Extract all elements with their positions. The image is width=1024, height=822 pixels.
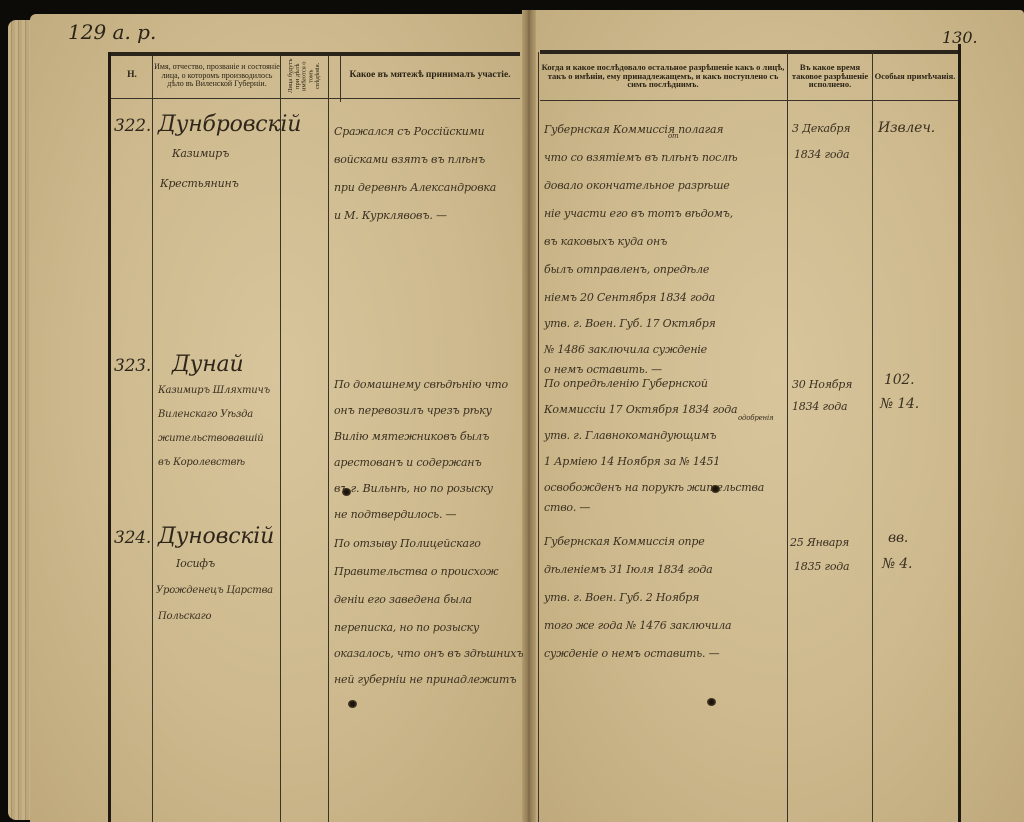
header-name: Имя, отчество, прозваніе и состояніе лиц… xyxy=(154,56,280,96)
resolution-line: № 1486 заключила сужденіе xyxy=(544,336,707,364)
entry-surname: Дунбровскій xyxy=(158,112,301,137)
entry-number: 323. xyxy=(114,356,151,376)
col-rule-3 xyxy=(328,56,329,822)
header-number: Н. xyxy=(112,56,152,96)
participation-line: войсками взятъ въ плѣнъ xyxy=(334,146,485,174)
resolution-line: 1 Арміею 14 Ноября за № 1451 xyxy=(544,448,720,476)
entry-name-line: Іосифъ xyxy=(176,550,215,578)
entry-note-line: № 14. xyxy=(880,396,919,412)
entry-name-line: Урожденецъ Царства xyxy=(156,578,273,604)
entry-name-line: въ Королевствѣ xyxy=(158,450,245,476)
resolution-line: утв. г. Воен. Губ. 2 Ноября xyxy=(544,584,699,612)
resolution-superscript: одобренія xyxy=(738,414,773,422)
entry-name-line: Казимиръ Шляхтичъ xyxy=(158,378,270,404)
resolution-line: ніе участи его въ тотъ вѣдомъ, xyxy=(544,200,733,228)
binding-hole xyxy=(711,485,720,493)
entry-name-line: Польскаго xyxy=(158,604,211,630)
participation-line: при деревнѣ Александровка xyxy=(334,174,496,202)
header-in-custody: Лица будутъ при дѣлѣ имѣются о томъ свѣд… xyxy=(282,56,328,96)
header-participation: Какое въ мятежѣ принималъ участіе. xyxy=(342,56,518,96)
resolution-line: сужденіе о немъ оставить. — xyxy=(544,640,719,668)
participation-line: и М. Курклявовъ. — xyxy=(334,202,447,230)
resolution-line: довало окончательное разрѣше xyxy=(544,172,730,200)
binding-hole xyxy=(342,488,351,496)
participation-line: переписка, но по розыску xyxy=(334,614,479,642)
participation-line: не подтвердилось. — xyxy=(334,502,456,528)
resolution-line: ство. — xyxy=(544,500,590,516)
executed-date-line: 25 Января xyxy=(790,530,849,556)
binding-hole xyxy=(348,700,357,708)
resolution-line: утв. г. Воен. Губ. 17 Октября xyxy=(544,310,716,338)
resolution-line: Коммиссіи 17 Октября 1834 года xyxy=(544,396,737,424)
resolution-line: того же года № 1476 заключила xyxy=(544,612,731,640)
header-resolution: Когда и какое послѣдовало остальное разр… xyxy=(540,54,786,98)
executed-date-line: 1834 года xyxy=(794,142,849,168)
header-bottom-rule xyxy=(110,98,520,99)
folio-number-left: 129 а. р. xyxy=(68,20,156,44)
resolution-line: Губернская Коммиссія опре xyxy=(544,528,705,556)
entry-surname: Дуновскій xyxy=(158,524,274,549)
col-rule-right-2 xyxy=(872,52,873,822)
entry-name-line: жительствовавшій xyxy=(158,426,263,452)
resolution-line: въ каковыхъ куда онъ xyxy=(544,228,667,256)
participation-line: По отзыву Полицейскаго xyxy=(334,530,481,558)
participation-line: деніи его заведена была xyxy=(334,586,472,614)
entry-note-line: вв. xyxy=(888,530,908,546)
participation-line: Вилію мятежниковъ былъ xyxy=(334,424,489,450)
entry-name-line: Крестьянинъ xyxy=(160,170,239,198)
participation-line: оказалось, что онъ въ здѣшнихъ xyxy=(334,640,523,668)
col-rule-1 xyxy=(152,56,153,822)
resolution-line: былъ отправленъ, опредѣле xyxy=(544,256,709,284)
col-rule-2 xyxy=(280,56,281,822)
header-executed: Въ какое время таковое разрѣшеніе исполн… xyxy=(789,54,871,98)
entry-name-line: Казимиръ xyxy=(172,140,229,168)
participation-line: По домашнему свѣдѣнію что xyxy=(334,372,508,398)
entry-number: 324. xyxy=(114,528,151,548)
participation-line: въ г. Вильнѣ, но по розыску xyxy=(334,476,493,502)
executed-date-line: 1834 года xyxy=(792,394,847,420)
resolution-line: утв. г. Главнокомандующимъ xyxy=(544,422,716,450)
col-rule-right-0 xyxy=(538,52,539,822)
resolution-line: По опредѣленію Губернской xyxy=(544,370,708,398)
entry-note: Извлеч. xyxy=(878,120,935,136)
header-notes: Особыя примѣчанія. xyxy=(874,54,956,98)
resolution-line: ніемъ 20 Сентября 1834 года xyxy=(544,284,715,312)
resolution-line: что со взятіемъ въ плѣнъ послѣ xyxy=(544,144,737,172)
executed-date-line: 1835 года xyxy=(794,554,849,580)
entry-number: 322. xyxy=(114,116,151,136)
entry-name-line: Виленскаго Уѣзда xyxy=(158,402,253,428)
executed-date-line: 3 Декабря xyxy=(792,116,850,142)
left-margin-rule xyxy=(108,52,111,822)
participation-line: Правительства о происхож xyxy=(334,558,498,586)
book-gutter xyxy=(522,10,536,822)
entry-note-line: № 4. xyxy=(882,556,912,572)
resolution-superscript: от xyxy=(668,132,678,140)
right-margin-rule xyxy=(958,44,961,822)
resolution-line: дѣленіемъ 31 Іюля 1834 года xyxy=(544,556,713,584)
header-bottom-rule-right xyxy=(540,100,960,101)
resolution-line: освобожденъ на порукѣ жительства xyxy=(544,474,764,502)
ledger-spread: 129 а. р. 130. Н. Имя, отчество, прозван… xyxy=(0,0,1024,822)
participation-line: арестованъ и содержанъ xyxy=(334,450,481,476)
participation-line: ней губерніи не принадлежитъ xyxy=(334,666,516,694)
participation-line: онъ перевозилъ чрезъ рѣку xyxy=(334,398,492,424)
participation-line: Сражался съ Россійскими xyxy=(334,118,484,146)
entry-surname: Дунай xyxy=(172,352,243,377)
entry-note-line: 102. xyxy=(884,372,914,388)
binding-hole xyxy=(707,698,716,706)
resolution-line: Губернская Коммиссія полагая xyxy=(544,116,723,144)
col-rule-3b xyxy=(340,56,341,102)
col-rule-right-1 xyxy=(787,52,788,822)
